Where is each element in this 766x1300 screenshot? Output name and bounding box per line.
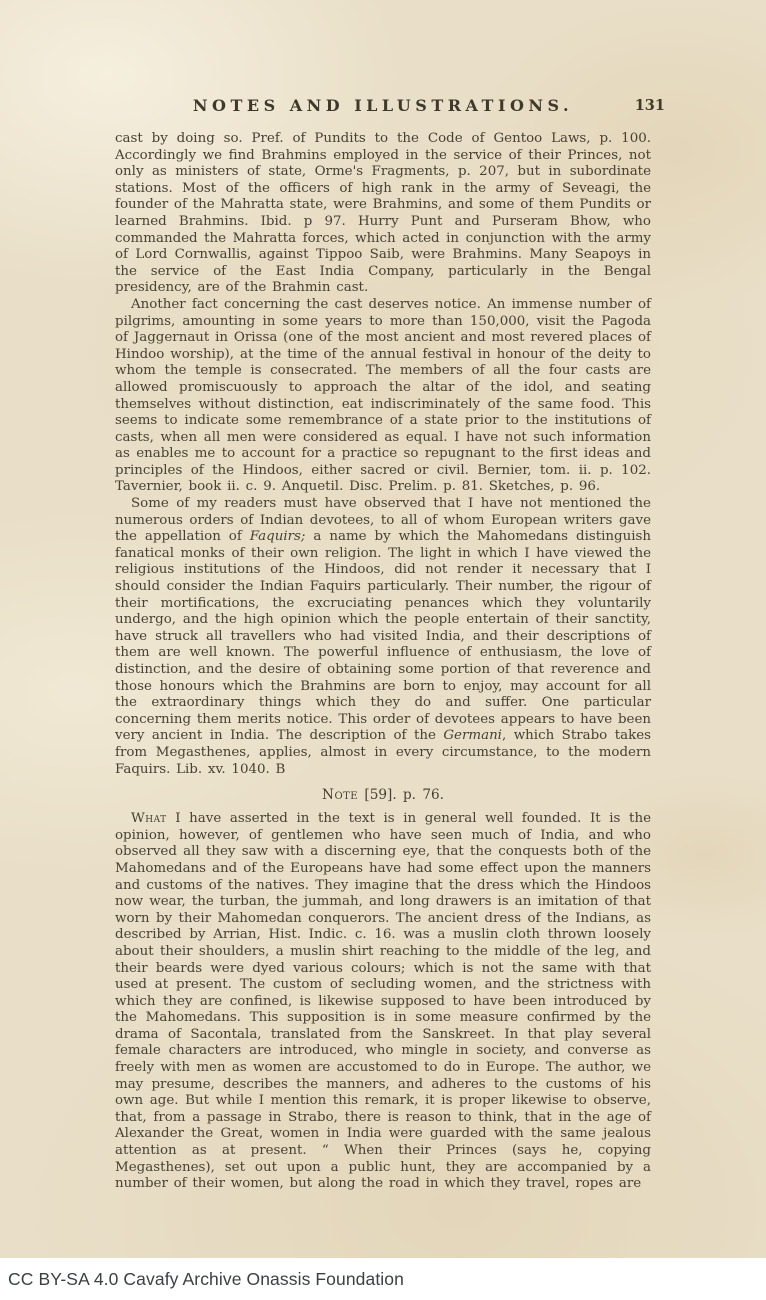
paragraph-pilgrims: Another fact concerning the cast deserve…: [115, 297, 651, 496]
page-wrap: NOTES AND ILLUSTRATIONS. 131 cast by doi…: [0, 0, 766, 1300]
running-header: NOTES AND ILLUSTRATIONS. 131: [115, 96, 651, 118]
paragraph-faquirs: Some of my readers must have observed th…: [115, 496, 651, 778]
scanned-book-page: NOTES AND ILLUSTRATIONS. 131 cast by doi…: [0, 0, 766, 1258]
page-number: 131: [635, 97, 665, 114]
license-text: CC BY-SA 4.0 Cavafy Archive Onassis Foun…: [0, 1269, 404, 1290]
text-block: NOTES AND ILLUSTRATIONS. 131 cast by doi…: [115, 0, 651, 1193]
license-bar: CC BY-SA 4.0 Cavafy Archive Onassis Foun…: [0, 1258, 766, 1300]
note-heading: Note [59]. p. 76.: [115, 787, 651, 803]
paragraph-note59: What I have asserted in the text is in g…: [115, 811, 651, 1193]
paragraph-continuation: cast by doing so. Pref. of Pundits to th…: [115, 131, 651, 297]
page-header-title: NOTES AND ILLUSTRATIONS.: [115, 96, 651, 115]
